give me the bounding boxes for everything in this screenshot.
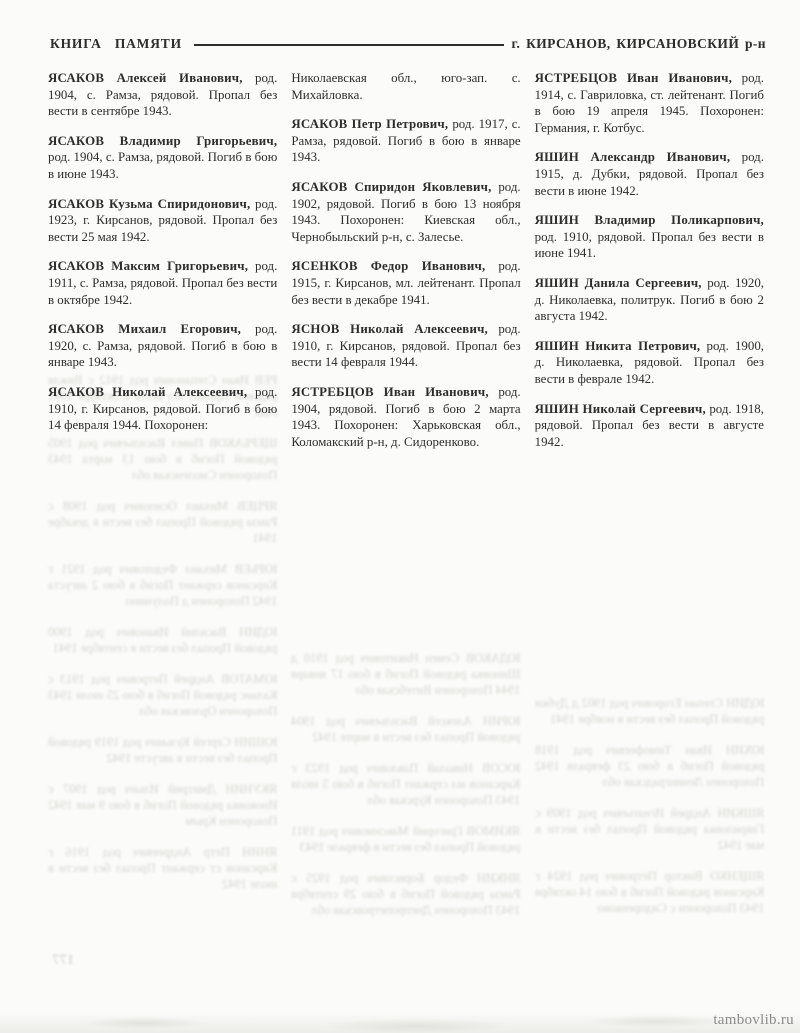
- entry-details: род. 1904, с. Рамза, рядовой. Погиб в бо…: [48, 150, 277, 181]
- entry-person-name: ЯСЕНКОВ Федор Иванович,: [291, 259, 485, 273]
- entries-column-2: Николаевская обл., юго-зап. с. Михайловк…: [291, 70, 520, 463]
- memorial-entry: ЯШИН Александр Иванович, род. 1915, д. Д…: [535, 149, 764, 199]
- bleed-through-block: ЮШИН Сергей Кузьмич род 1919 рядовой Про…: [48, 734, 277, 766]
- bleed-through-block: ЯШКИН Андрей Игнатьевич род 1909 с Гаври…: [535, 805, 764, 853]
- entry-person-name: ЯСАКОВ Петр Петрович,: [291, 117, 448, 131]
- bleed-through-block: ЯКИМОВ Григорий Максимович род 1911 рядо…: [291, 823, 520, 855]
- memorial-entry: ЯСАКОВ Максим Григорьевич, род. 1911, с.…: [48, 258, 277, 308]
- memorial-entry: ЯСАКОВ Алексей Иванович, род. 1904, с. Р…: [48, 70, 277, 120]
- entries-column-3: ЯСТРЕБЦОВ Иван Иванович, род. 1914, с. Г…: [535, 70, 764, 463]
- bleed-through-block: ЯНИН Петр Андреевич род 1916 г Кирсанов …: [48, 844, 277, 892]
- memorial-entry: ЯШИН Владимир Поликарпович, род. 1910, р…: [535, 212, 764, 262]
- memorial-entry: ЯСАКОВ Николай Алексеевич, род. 1910, г.…: [48, 384, 277, 434]
- memorial-entry: ЯСАКОВ Петр Петрович, род. 1917, с. Рамз…: [291, 116, 520, 166]
- bleed-through-block: ЮСОВ Николай Павлович род 1923 г Кирсано…: [291, 760, 520, 808]
- bleed-through-block: ЮДИН Василий Иванович род 1900 рядовой П…: [48, 624, 277, 656]
- memorial-entry: ЯСТРЕБЦОВ Иван Иванович, род. 1904, рядо…: [291, 384, 520, 450]
- memorial-entry: ЯШИН Данила Сергеевич, род. 1920, д. Ник…: [535, 275, 764, 325]
- bleed-through-block: ЮХИН Иван Тимофеевич род 1918 рядовой По…: [535, 742, 764, 790]
- bleed-through-block: ЮМАТОВ Андрей Петрович род 1913 с Калаис…: [48, 671, 277, 719]
- memorial-entry: ЯСТРЕБЦОВ Иван Иванович, род. 1914, с. Г…: [535, 70, 764, 136]
- entry-person-name: ЯШИН Никита Петрович,: [535, 339, 701, 353]
- memorial-entry: ЯСАКОВ Спиридон Яковлевич, род. 1902, ря…: [291, 179, 520, 245]
- bleed-through-block: ЯРЦЕВ Михаил Осипович род 1908 с Рамза р…: [48, 498, 277, 546]
- entry-person-name: ЯСАКОВ Владимир Григорьевич,: [48, 134, 277, 148]
- entry-person-name: ЯСНОВ Николай Алексеевич,: [291, 322, 488, 336]
- bleed-through-block: ЮРЬЕВ Михаил Федотович род 1921 г Кирсан…: [48, 561, 277, 609]
- entry-person-name: ЯСАКОВ Алексей Иванович,: [48, 71, 243, 85]
- header-rule: [194, 44, 504, 46]
- memorial-entry: ЯШИН Николай Сергеевич, род. 1918, рядов…: [535, 401, 764, 451]
- bleed-through-block: ЮДАКОВ Семен Никитович род 1910 д Шиновк…: [291, 650, 520, 698]
- entry-details: род. 1910, рядовой. Пропал без вести в и…: [535, 230, 764, 261]
- memorial-entry: ЯШИН Никита Петрович, род. 1900, д. Нико…: [535, 338, 764, 388]
- memorial-entry: ЯСАКОВ Владимир Григорьевич, род. 1904, …: [48, 133, 277, 183]
- entry-person-name: ЯСТРЕБЦОВ Иван Иванович,: [535, 71, 732, 85]
- page-header: КНИГА ПАМЯТИ г. КИРСАНОВ, КИРСАНОВСКИЙ р…: [50, 36, 766, 52]
- bleed-through-block: ЮДИН Степан Егорович род 1902 д Дубки ря…: [535, 695, 764, 727]
- entry-person-name: ЯСАКОВ Кузьма Спиридонович,: [48, 197, 250, 211]
- scan-edge-artifact: [0, 1007, 800, 1033]
- entries-column-1: ЯСАКОВ Алексей Иванович, род. 1904, с. Р…: [48, 70, 277, 463]
- bleed-through-block: ЮРИН Алексей Васильевич род 1904 рядовой…: [291, 713, 520, 745]
- memorial-entry: ЯСНОВ Николай Алексеевич, род. 1910, г. …: [291, 321, 520, 371]
- bleed-through-block: ЯКУНИН Дмитрий Ильич род 1907 с Иноковка…: [48, 781, 277, 829]
- entry-person-name: ЯСТРЕБЦОВ Иван Иванович,: [291, 385, 488, 399]
- memorial-entry: ЯСЕНКОВ Федор Иванович, род. 1915, г. Ки…: [291, 258, 520, 308]
- entry-person-name: ЯСАКОВ Николай Алексеевич,: [48, 385, 247, 399]
- entry-person-name: ЯШИН Данила Сергеевич,: [535, 276, 702, 290]
- library-watermark: tambovlib.ru: [713, 1012, 794, 1029]
- memorial-entry: ЯСАКОВ Михаил Егорович, род. 1920, с. Ра…: [48, 321, 277, 371]
- scanned-book-page: КНИГА ПАМЯТИ г. КИРСАНОВ, КИРСАНОВСКИЙ р…: [0, 0, 800, 1033]
- entry-person-name: ЯШИН Владимир Поликарпович,: [535, 213, 764, 227]
- bleed-through-block: ЯЩЕНКО Виктор Петрович род 1924 г Кирсан…: [535, 868, 764, 916]
- entry-continuation: Николаевская обл., юго-зап. с. Михайловк…: [291, 70, 520, 103]
- entry-person-name: ЯСАКОВ Максим Григорьевич,: [48, 259, 248, 273]
- entry-person-name: ЯСАКОВ Михаил Егорович,: [48, 322, 241, 336]
- region-heading: г. КИРСАНОВ, КИРСАНОВСКИЙ р-н: [512, 36, 766, 52]
- entry-person-name: ЯСАКОВ Спиридон Яковлевич,: [291, 180, 491, 194]
- memorial-entry: ЯСАКОВ Кузьма Спиридонович, род. 1923, г…: [48, 196, 277, 246]
- page-number-ghost: 177: [52, 952, 75, 969]
- entries-grid: ЯСАКОВ Алексей Иванович, род. 1904, с. Р…: [48, 70, 764, 463]
- entry-person-name: ЯШИН Николай Сергеевич,: [535, 402, 706, 416]
- book-title: КНИГА ПАМЯТИ: [50, 36, 182, 52]
- bleed-through-block: ЯНКИН Федор Борисович род 1925 с Рамза р…: [291, 870, 520, 918]
- entry-person-name: ЯШИН Александр Иванович,: [535, 150, 731, 164]
